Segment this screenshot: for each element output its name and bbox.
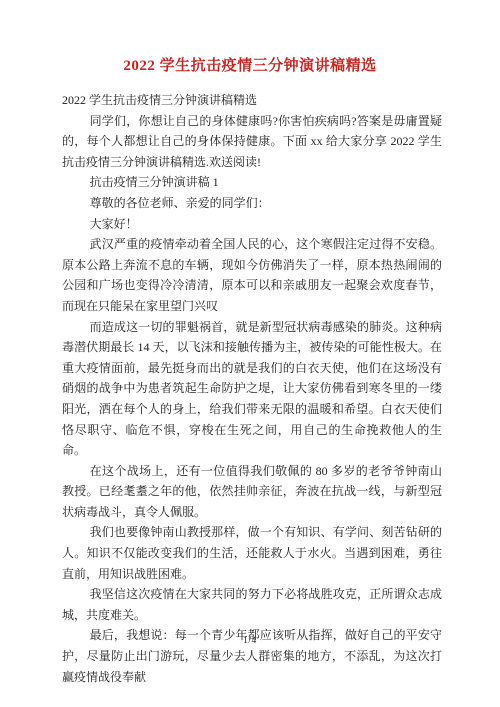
paragraph: 最后，我想说：每一个青少年都应该听从指挥，做好自己的平安守护，尽量防止出门游玩，…	[62, 625, 442, 687]
document-body: 2022 学生抗击疫情三分钟演讲稿精选同学们，你想让自己的身体健康吗?你害怕疾病…	[62, 90, 442, 687]
paragraph: 我们也要像钟南山教授那样，做一个有知识、有学问、刻苦钻研的人。知识不仅能改变我们…	[62, 522, 442, 584]
paragraph: 2022 学生抗击疫情三分钟演讲稿精选	[62, 90, 442, 111]
paragraph: 我坚信这次疫情在大家共同的努力下必将战胜攻克，正所谓众志成城，共度难关。	[62, 584, 442, 625]
paragraph: 在这个战场上，还有一位值得我们敬佩的 80 多岁的老爷爷钟南山教授。已经耄耋之年…	[62, 461, 442, 523]
paragraph: 抗击疫情三分钟演讲稿 1	[62, 172, 442, 193]
page-number: 1/4	[0, 636, 500, 646]
paragraph: 尊敬的各位老师、亲爱的同学们：	[62, 193, 442, 214]
paragraph: 同学们，你想让自己的身体健康吗?你害怕疾病吗?答案是毋庸置疑的，每个人都想让自己…	[62, 111, 442, 173]
paragraph: 大家好！	[62, 214, 442, 235]
paragraph: 而造成这一切的罪魁祸首，就是新型冠状病毒感染的肺炎。这种病毒潜伏期最长 14 天…	[62, 317, 442, 461]
paragraph: 武汉严重的疫情牵动着全国人民的心，这个寒假注定过得不安稳。原本公路上奔流不息的车…	[62, 234, 442, 316]
page-title: 2022 学生抗击疫情三分钟演讲稿精选	[40, 57, 460, 76]
document-page: 2022 学生抗击疫情三分钟演讲稿精选 2022 学生抗击疫情三分钟演讲稿精选同…	[0, 0, 500, 707]
